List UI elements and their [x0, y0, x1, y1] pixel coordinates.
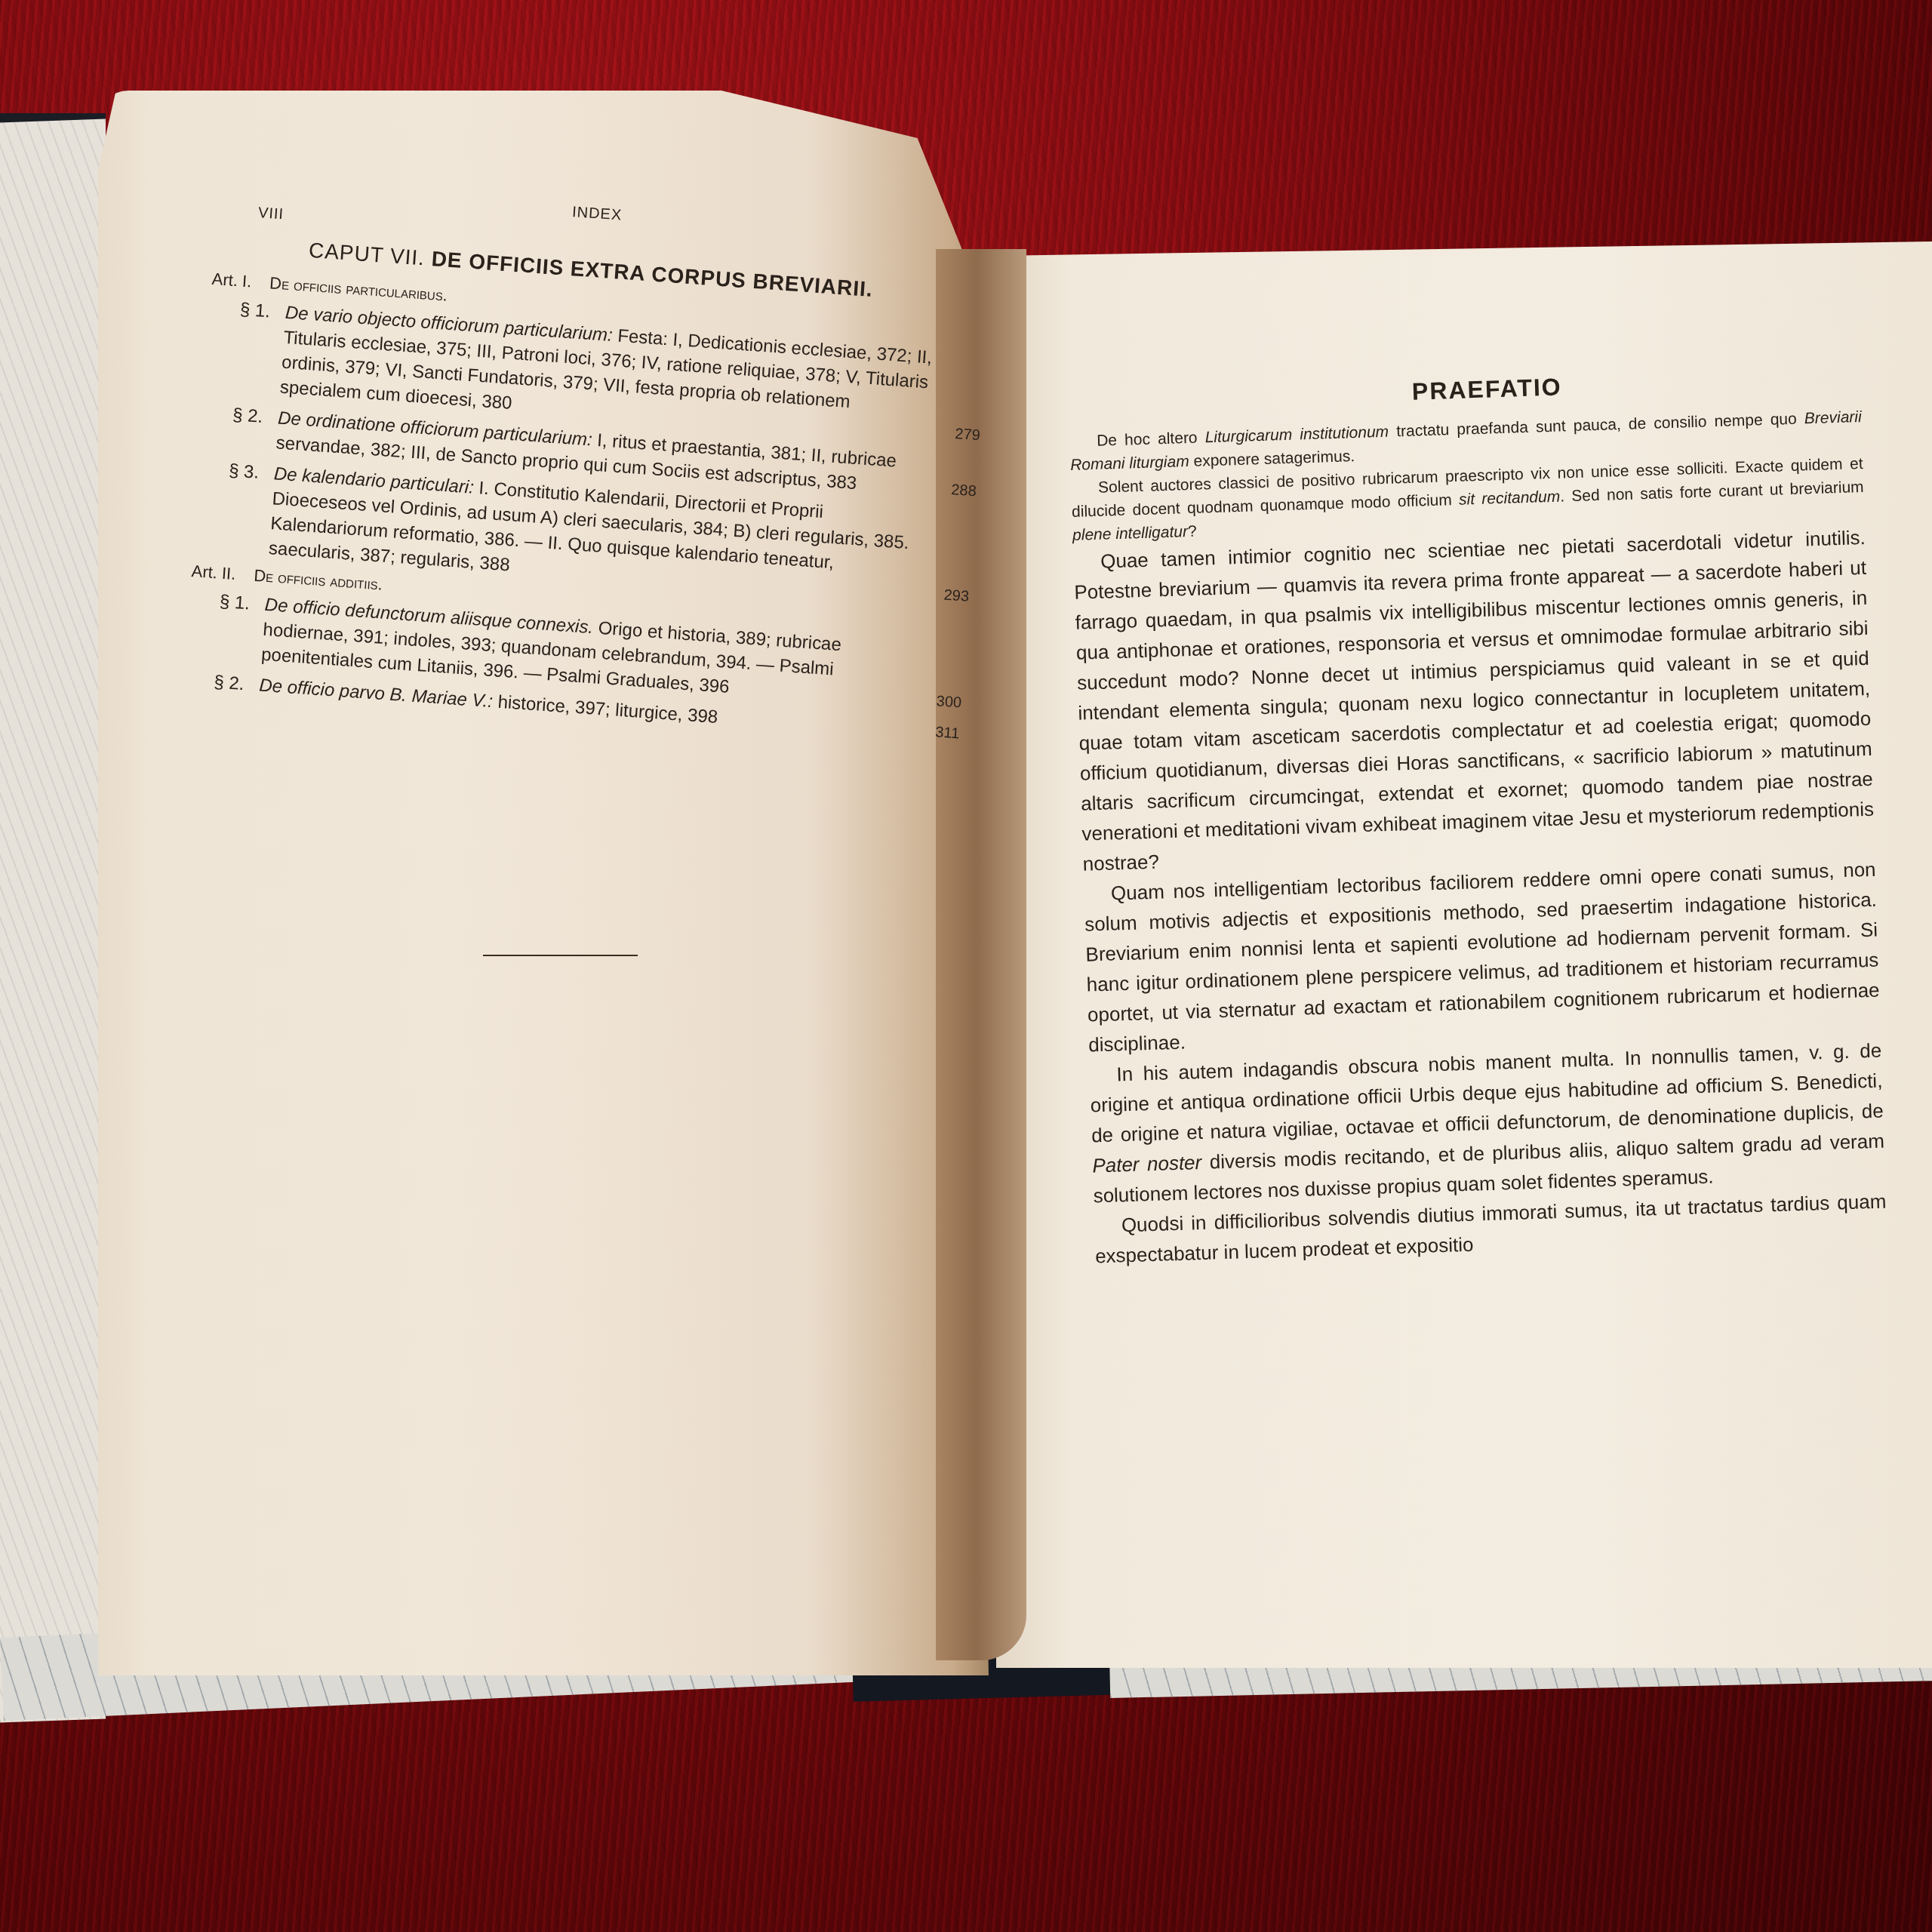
running-title: INDEX [571, 204, 623, 225]
page-ref: 311 [934, 720, 960, 746]
page-number: VIII [257, 205, 285, 223]
preface-paragraph: Quam nos intelligentiam lectoribus facil… [1083, 854, 1881, 1060]
book-cover-endpaper [0, 119, 106, 1723]
chapter-label: CAPUT VII. [308, 238, 426, 270]
end-rule [483, 955, 638, 956]
preface-content: PRAEFATIO De hoc altero Liturgicarum ins… [1068, 364, 1887, 1271]
page-ref: 288 [950, 478, 977, 504]
page-ref: 279 [954, 422, 981, 448]
page-ref: 293 [943, 583, 970, 610]
preface-paragraph: In his autem indagandis obscura nobis ma… [1089, 1035, 1886, 1211]
page-ref: 300 [936, 689, 963, 715]
book-gutter [936, 249, 1026, 1660]
preface-paragraph: Quae tamen intimior cognitio nec scienti… [1073, 522, 1875, 879]
index-content: VIII INDEX CAPUT VII. DE OFFICIIS EXTRA … [213, 181, 942, 749]
